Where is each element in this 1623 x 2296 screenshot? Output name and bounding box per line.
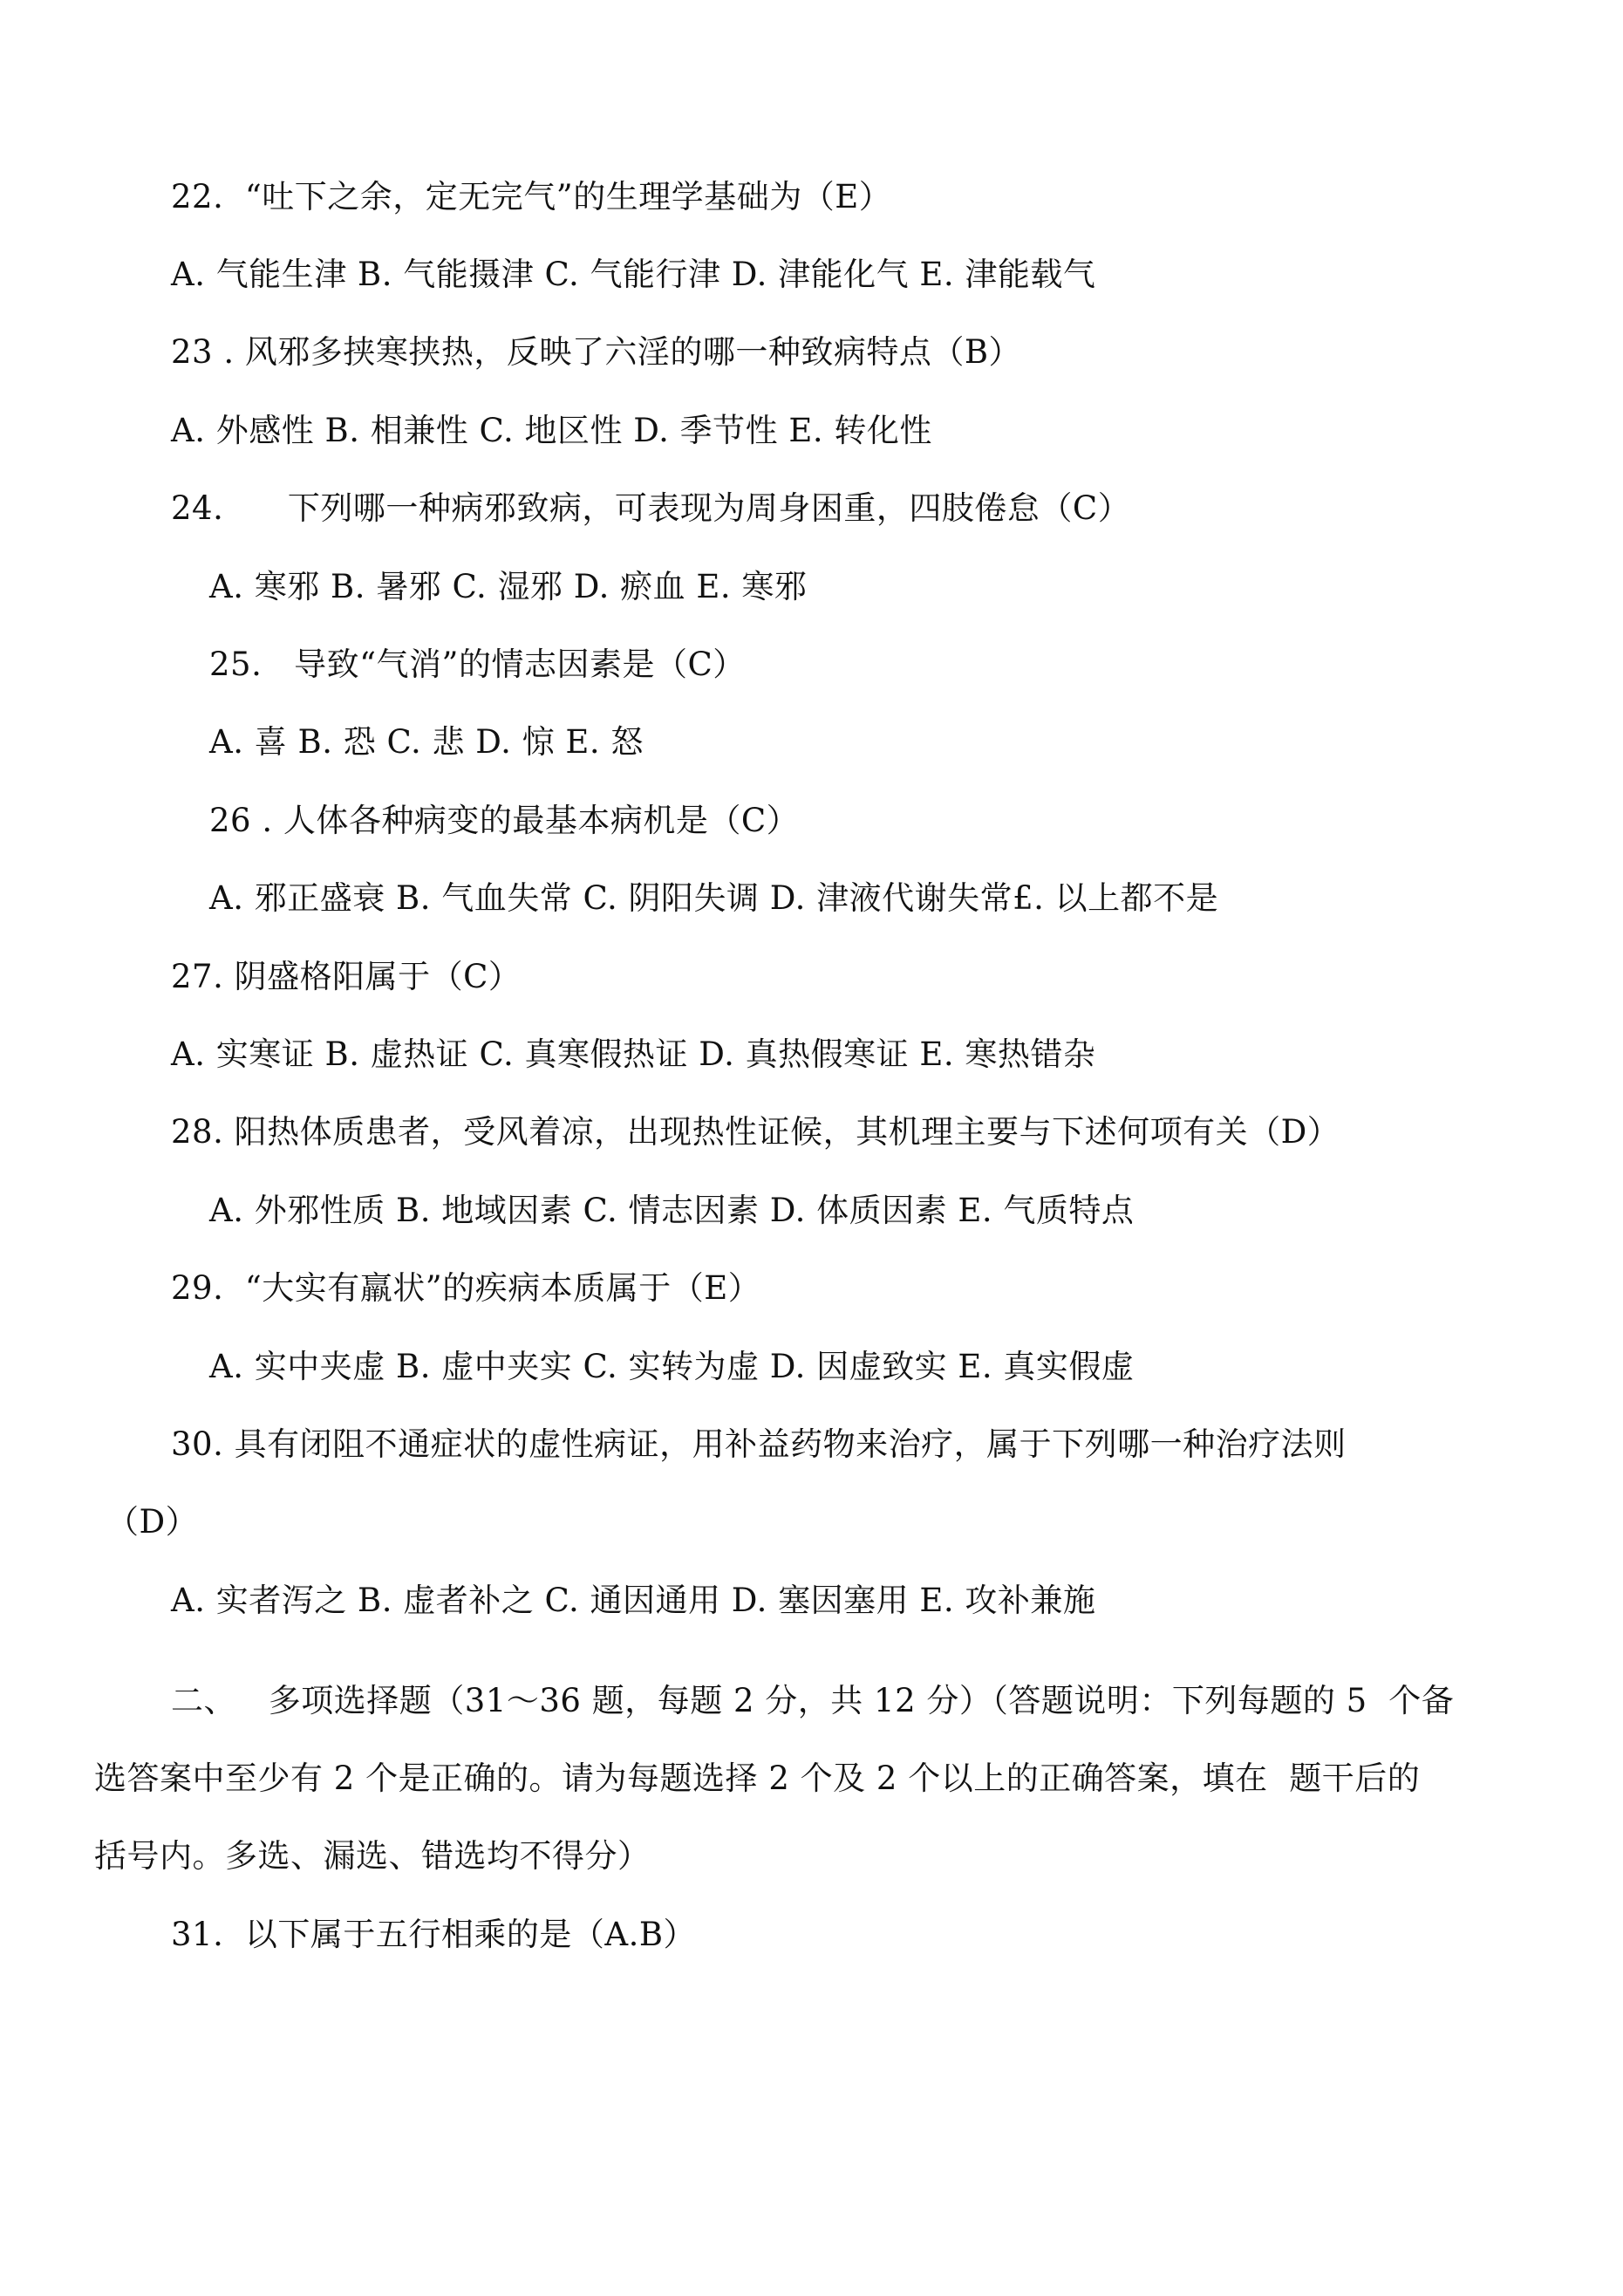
question-31-stem: 31. 以下属于五行相乘的是（A.B） xyxy=(171,1915,696,1955)
question-30-stem: 30. 具有闭阻不通症状的虚性病证，用补益药物来治疗，属于下列哪一种治疗法则 xyxy=(171,1425,1347,1465)
question-30-options: A. 实者泻之 B. 虚者补之 C. 通因通用 D. 塞因塞用 E. 攻补兼施 xyxy=(171,1581,1095,1621)
question-26-options: A. 邪正盛衰 B. 气血失常 C. 阴阳失调 D. 津液代谢失常£. 以上都不… xyxy=(209,878,1218,919)
question-29-options: A. 实中夹虚 B. 虚中夹实 C. 实转为虚 D. 因虚致实 E. 真实假虚 xyxy=(209,1347,1134,1387)
question-30-answer: （D） xyxy=(106,1502,198,1542)
question-25-options: A. 喜 B. 恐 C. 悲 D. 惊 E. 怒 xyxy=(209,722,644,762)
question-23-stem: 23 . 风邪多挟寒挟热，反映了六淫的哪一种致病特点（B） xyxy=(171,332,1021,372)
question-27-stem: 27. 阴盛格阳属于（C） xyxy=(171,957,521,997)
section-2-instructions-line2: 选答案中至少有 2 个是正确的。请为每题选择 2 个及 2 个以上的正确答案，填… xyxy=(94,1759,1420,1799)
question-22-stem: 22. “吐下之余，定无完气”的生理学基础为（E） xyxy=(171,177,891,217)
question-22-options: A. 气能生津 B. 气能摄津 C. 气能行津 D. 津能化气 E. 津能载气 xyxy=(171,255,1095,295)
question-27-options: A. 实寒证 B. 虚热证 C. 真寒假热证 D. 真热假寒证 E. 寒热错杂 xyxy=(171,1035,1095,1075)
section-2-heading: 二、 多项选择题（31〜36 题，每题 2 分，共 12 分）（答题说明：下列每… xyxy=(171,1681,1454,1721)
question-29-stem: 29. “大实有羸状”的疾病本质属于（E） xyxy=(171,1268,760,1309)
question-23-options: A. 外感性 B. 相兼性 C. 地区性 D. 季节性 E. 转化性 xyxy=(171,411,932,451)
question-28-stem: 28. 阳热体质患者，受风着凉，出现热性证候，其机理主要与下述何项有关（D） xyxy=(171,1112,1340,1152)
question-24-options: A. 寒邪 B. 暑邪 C. 湿邪 D. 瘀血 E. 寒邪 xyxy=(209,567,807,607)
question-28-options: A. 外邪性质 B. 地域因素 C. 情志因素 D. 体质因素 E. 气质特点 xyxy=(209,1191,1134,1231)
question-25-stem: 25. 导致“气消”的情志因素是（C） xyxy=(209,645,746,685)
document-page: 22. “吐下之余，定无完气”的生理学基础为（E） A. 气能生津 B. 气能摄… xyxy=(0,0,1623,2296)
question-24-stem: 24. 下列哪一种病邪致病，可表现为周身困重，四肢倦怠（C） xyxy=(171,489,1130,529)
question-26-stem: 26 . 人体各种病变的最基本病机是（C） xyxy=(209,801,799,841)
section-2-instructions-line3: 括号内。多选、漏选、错选均不得分） xyxy=(94,1836,651,1876)
